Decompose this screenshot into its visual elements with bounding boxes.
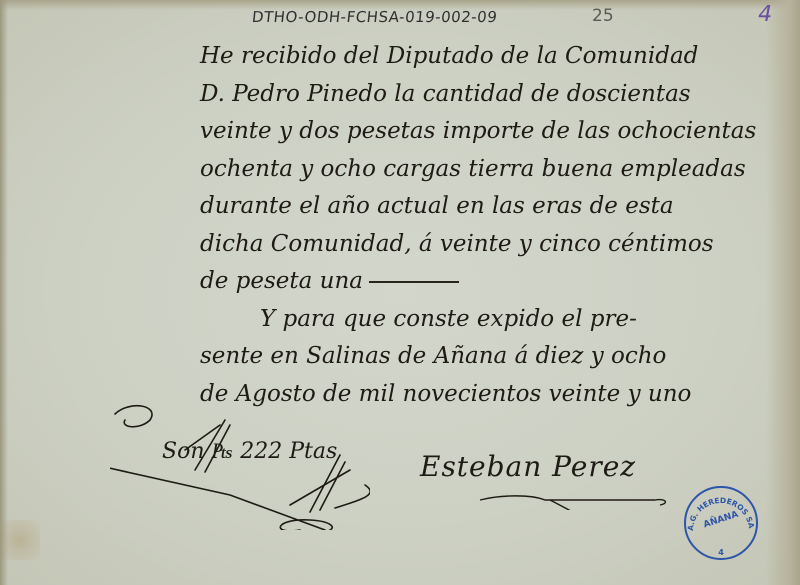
body-line-text: dicha Comunidad, á veinte y cinco céntim… (200, 231, 714, 257)
body-line-text: sente en Salinas de Añana á diez y ocho (200, 343, 666, 369)
handwritten-body: He recibido del Diputado de la Comunidad… (200, 38, 800, 413)
body-line: durante el año actual en las eras de est… (200, 188, 800, 226)
body-line-text: durante el año actual en las eras de est… (200, 193, 674, 219)
body-line-text: Y para que conste expido el pre- (260, 306, 637, 332)
body-line: D. Pedro Pinedo la cantidad de doscienta… (200, 76, 800, 114)
flourish-strokes-icon (110, 400, 370, 530)
stamp-number: 4 (718, 548, 724, 557)
body-line: veinte y dos pesetas importe de las ocho… (200, 113, 800, 151)
document-scan: DTHO-ODH-FCHSA-019-002-09 25 4 He recibi… (0, 0, 800, 585)
body-line: de peseta una (200, 263, 800, 301)
body-line-text: veinte y dos pesetas importe de las ocho… (200, 118, 756, 144)
amount-signature-text: Son ₧ 222 Ptas (162, 438, 337, 464)
amount-signature-flourish: Son ₧ 222 Ptas (110, 400, 370, 530)
body-line: dicha Comunidad, á veinte y cinco céntim… (200, 226, 800, 264)
body-line-text: ochenta y ocho cargas tierra buena emple… (200, 156, 746, 182)
paper-stain (0, 520, 40, 560)
body-line: sente en Salinas de Añana á diez y ocho (200, 338, 800, 376)
body-line-text: D. Pedro Pinedo la cantidad de doscienta… (200, 81, 691, 107)
archive-stamp: A.G. HEREDEROS SALINAS 4 AÑANA (683, 485, 759, 561)
body-line-text: He recibido del Diputado de la Comunidad (200, 43, 698, 69)
signature-esteban-perez: Esteban Perez (410, 440, 680, 510)
archive-reference-code: DTHO-ODH-FCHSA-019-002-09 (251, 8, 498, 26)
body-line: ochenta y ocho cargas tierra buena emple… (200, 151, 800, 189)
paper-edge-left (0, 0, 8, 585)
signature-underline-icon (410, 440, 680, 510)
body-line: He recibido del Diputado de la Comunidad (200, 38, 800, 76)
folio-number: 25 (592, 6, 614, 26)
line-filler-rule (369, 281, 459, 283)
body-line: Y para que conste expido el pre- (200, 301, 800, 339)
body-line-text: de peseta una (200, 268, 363, 294)
